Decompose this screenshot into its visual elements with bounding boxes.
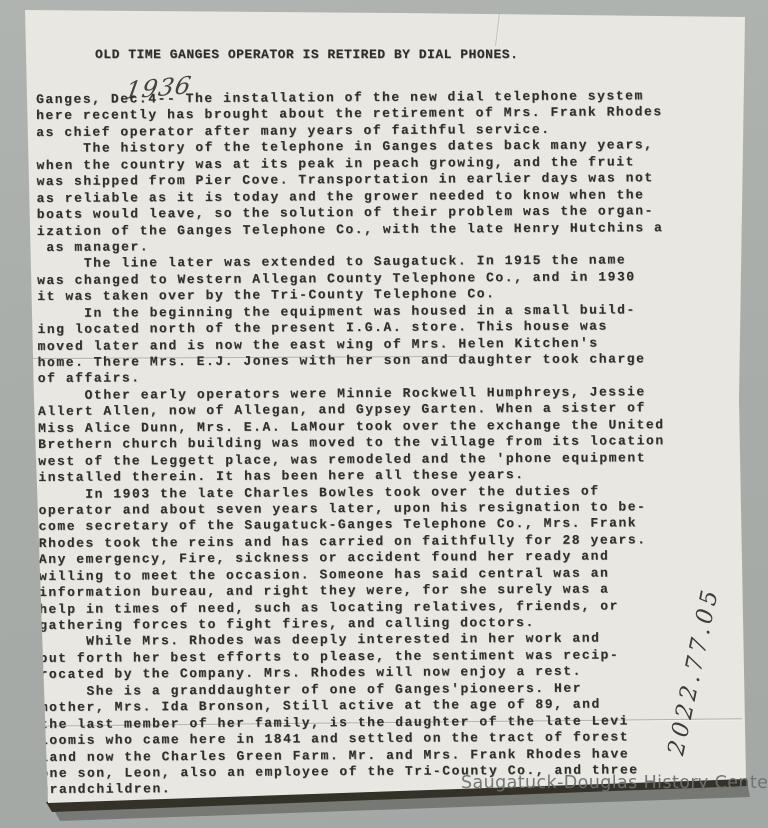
newspaper-clipping: OLD TIME GANGES OPERATOR IS RETIRED BY D… [0, 0, 768, 828]
crease-line-top [495, 14, 500, 46]
article-title: OLD TIME GANGES OPERATOR IS RETIRED BY D… [95, 47, 518, 62]
handwritten-accession-number: 2022.77.05 [663, 584, 724, 757]
mat-background: OLD TIME GANGES OPERATOR IS RETIRED BY D… [0, 0, 768, 828]
article-body: Ganges, Dec.4-- The installation of the … [36, 88, 667, 799]
history-center-watermark: Saugatuck-Douglas History Center [461, 773, 768, 793]
